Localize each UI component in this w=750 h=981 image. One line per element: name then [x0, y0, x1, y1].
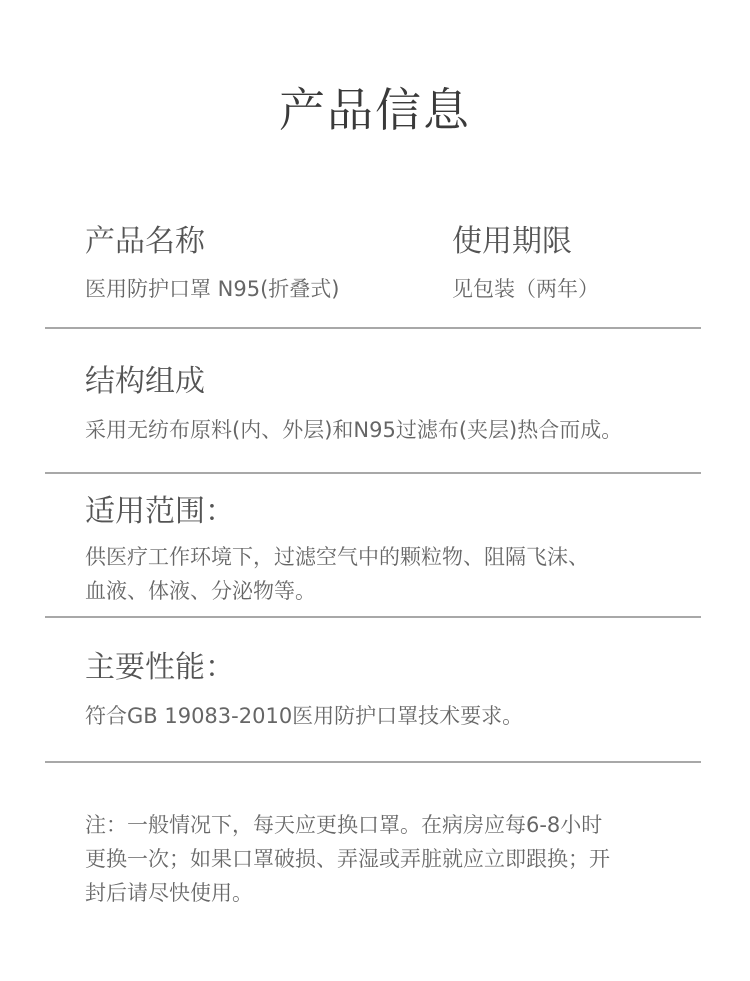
- divider: [45, 327, 701, 329]
- product-name-value: 医用防护口罩 N95(折叠式): [85, 274, 340, 304]
- shelf-life-value: 见包装（两年）: [452, 274, 599, 304]
- scope-value-line1: 供医疗工作环境下，过滤空气中的颗粒物、阻隔飞沫、: [85, 542, 589, 572]
- scope-value-line2: 血液、体液、分泌物等。: [85, 576, 316, 606]
- page-title: 产品信息: [0, 80, 750, 140]
- note-line: 注：一般情况下，每天应更换口罩。在病房应每6-8小时: [85, 808, 700, 842]
- note-line: 更换一次；如果口罩破损、弄湿或弄脏就应立即跟换；开: [85, 842, 700, 876]
- usage-note: 注：一般情况下，每天应更换口罩。在病房应每6-8小时 更换一次；如果口罩破损、弄…: [85, 808, 700, 910]
- divider: [45, 616, 701, 618]
- performance-value: 符合GB 19083-2010医用防护口罩技术要求。: [85, 701, 523, 731]
- scope-label: 适用范围：: [85, 492, 235, 532]
- performance-label: 主要性能：: [85, 648, 235, 688]
- product-name-label: 产品名称: [85, 222, 205, 262]
- divider: [45, 761, 701, 763]
- structure-value: 采用无纺布原料(内、外层)和N95过滤布(夹层)热合而成。: [85, 415, 622, 445]
- note-line: 封后请尽快使用。: [85, 876, 700, 910]
- divider: [45, 472, 701, 474]
- shelf-life-label: 使用期限: [452, 222, 572, 262]
- structure-label: 结构组成: [85, 362, 205, 402]
